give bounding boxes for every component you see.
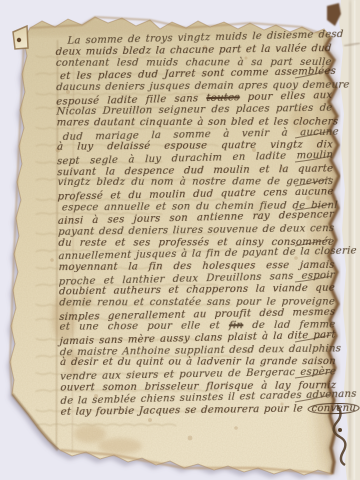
thread-knot xyxy=(338,428,342,432)
flap-speck xyxy=(17,38,21,42)
handwritten-text-block: La somme de troys vingtz muids le disies… xyxy=(55,31,336,419)
crossed-out-word: fin xyxy=(229,320,244,331)
crossed-out-word: toutes xyxy=(206,92,240,104)
line-text: pour elles aux xyxy=(247,90,332,103)
line-text: et une chose pour elle et xyxy=(59,320,220,332)
circled-word: convenu xyxy=(307,403,360,415)
line-text: et lay fourbie Jacques se demourera pour… xyxy=(60,404,303,418)
manuscript-photo: La somme de troys vingtz muids le disies… xyxy=(0,0,360,480)
